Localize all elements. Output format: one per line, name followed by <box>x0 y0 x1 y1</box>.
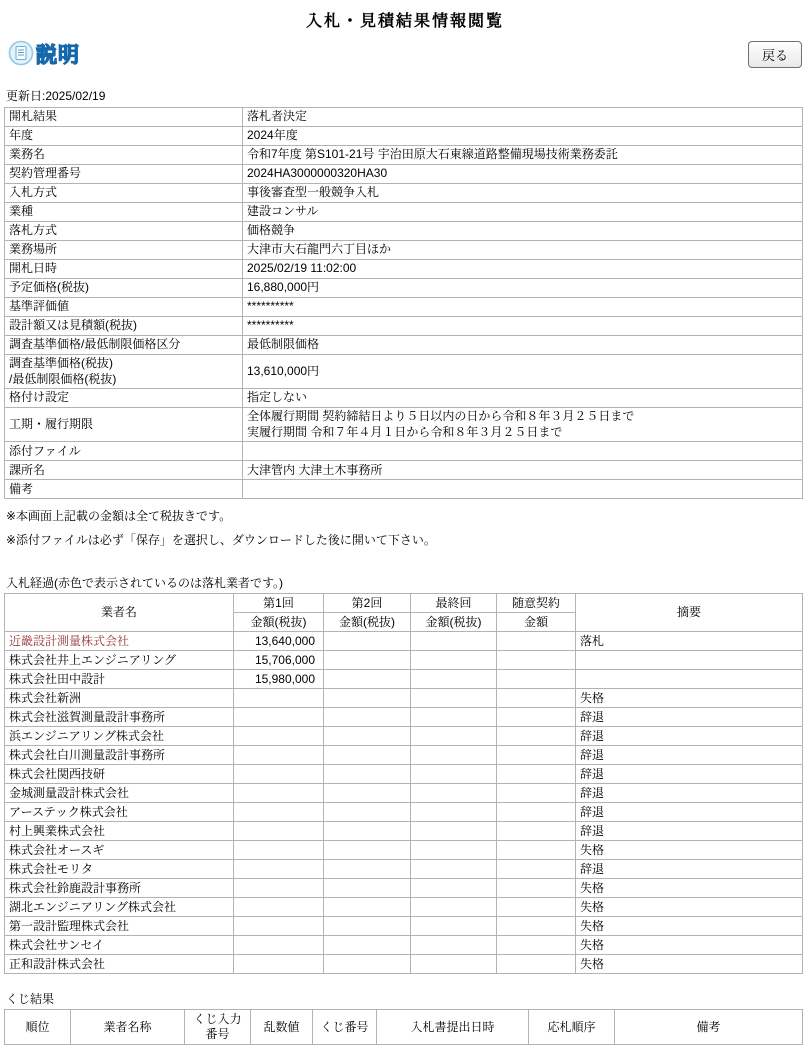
info-value: 13,610,000円 <box>243 355 803 389</box>
bid-row: 株式会社鈴鹿設計事務所失格 <box>5 879 803 898</box>
lottery-header: 業者名称 <box>71 1010 185 1045</box>
info-row: 調査基準価格/最低制限価格区分最低制限価格 <box>5 336 803 355</box>
remark: 失格 <box>576 841 803 860</box>
negotiated-amount <box>497 936 576 955</box>
round1-amount <box>234 917 324 936</box>
round1-amount-header: 金額(税抜) <box>234 613 324 632</box>
info-row: 予定価格(税抜)16,880,000円 <box>5 279 803 298</box>
round1-amount <box>234 879 324 898</box>
remark: 辞退 <box>576 803 803 822</box>
round2-amount <box>324 765 411 784</box>
final-amount <box>411 746 497 765</box>
document-icon <box>8 40 34 69</box>
info-label: 業務名 <box>5 146 243 165</box>
final-amount-header: 金額(税抜) <box>411 613 497 632</box>
info-value: 16,880,000円 <box>243 279 803 298</box>
bid-row: 村上興業株式会社辞退 <box>5 822 803 841</box>
round2-amount <box>324 879 411 898</box>
final-amount <box>411 860 497 879</box>
info-value: ********** <box>243 317 803 336</box>
negotiated-amount <box>497 632 576 651</box>
vendor-name: 株式会社新洲 <box>5 689 234 708</box>
round2-amount <box>324 955 411 974</box>
negotiated-amount <box>497 803 576 822</box>
remark: 失格 <box>576 917 803 936</box>
bid-row: 株式会社井上エンジニアリング15,706,000 <box>5 651 803 670</box>
negotiated-header: 随意契約 <box>497 594 576 613</box>
info-row: 基準評価値********** <box>5 298 803 317</box>
round1-amount <box>234 955 324 974</box>
info-value: 価格競争 <box>243 222 803 241</box>
vendor-name: 株式会社鈴鹿設計事務所 <box>5 879 234 898</box>
vendor-header: 業者名 <box>5 594 234 632</box>
info-row: 添付ファイル <box>5 442 803 461</box>
info-label: 調査基準価格/最低制限価格区分 <box>5 336 243 355</box>
bid-row: 株式会社関西技研辞退 <box>5 765 803 784</box>
remark: 失格 <box>576 955 803 974</box>
vendor-name: 村上興業株式会社 <box>5 822 234 841</box>
info-value: ********** <box>243 298 803 317</box>
bid-row: 金城測量設計株式会社辞退 <box>5 784 803 803</box>
round1-amount <box>234 765 324 784</box>
round2-amount <box>324 708 411 727</box>
lottery-header-row: 順位業者名称くじ入力番号乱数値くじ番号入札書提出日時応札順序備考 <box>5 1010 803 1045</box>
lottery-header: 順位 <box>5 1010 71 1045</box>
info-value <box>243 442 803 461</box>
lottery-header: 応札順序 <box>529 1010 615 1045</box>
remark: 辞退 <box>576 860 803 879</box>
lottery-header: 入札書提出日時 <box>377 1010 529 1045</box>
info-label: 工期・履行期限 <box>5 408 243 442</box>
bid-row: 株式会社モリタ辞退 <box>5 860 803 879</box>
bid-row: 近畿設計測量株式会社13,640,000落札 <box>5 632 803 651</box>
round1-header: 第1回 <box>234 594 324 613</box>
vendor-name: 株式会社滋賀測量設計事務所 <box>5 708 234 727</box>
remark: 辞退 <box>576 708 803 727</box>
lottery-header: くじ入力番号 <box>185 1010 251 1045</box>
info-label: 業務場所 <box>5 241 243 260</box>
info-value: 2024HA3000000320HA30 <box>243 165 803 184</box>
negotiated-amount <box>497 689 576 708</box>
info-value: 事後審査型一般競争入札 <box>243 184 803 203</box>
info-label: 業種 <box>5 203 243 222</box>
info-value: 2024年度 <box>243 127 803 146</box>
round2-amount <box>324 632 411 651</box>
info-row: 入札方式事後審査型一般競争入札 <box>5 184 803 203</box>
round1-amount: 15,706,000 <box>234 651 324 670</box>
info-row: 年度2024年度 <box>5 127 803 146</box>
round2-amount <box>324 803 411 822</box>
info-value: 大津管内 大津土木事務所 <box>243 461 803 480</box>
note-tax: ※本画面上記載の金額は全て税抜きです。 <box>6 507 810 524</box>
round1-amount <box>234 784 324 803</box>
negotiated-amount <box>497 822 576 841</box>
round1-amount <box>234 708 324 727</box>
info-label: 開札結果 <box>5 108 243 127</box>
round2-amount <box>324 917 411 936</box>
page-title: 入札・見積結果情報閲覧 <box>0 8 810 31</box>
info-label: 備考 <box>5 480 243 499</box>
negotiated-amount <box>497 765 576 784</box>
vendor-name: アーステック株式会社 <box>5 803 234 822</box>
remark: 落札 <box>576 632 803 651</box>
final-amount <box>411 822 497 841</box>
round1-amount: 15,980,000 <box>234 670 324 689</box>
final-amount <box>411 727 497 746</box>
vendor-name: 浜エンジニアリング株式会社 <box>5 727 234 746</box>
vendor-name: 株式会社白川測量設計事務所 <box>5 746 234 765</box>
vendor-name: 近畿設計測量株式会社 <box>5 632 234 651</box>
info-label: 予定価格(税抜) <box>5 279 243 298</box>
negotiated-amount <box>497 879 576 898</box>
bid-row: 株式会社サンセイ失格 <box>5 936 803 955</box>
bid-header-row-1: 業者名 第1回 第2回 最終回 随意契約 摘要 <box>5 594 803 613</box>
bid-row: 株式会社田中設計15,980,000 <box>5 670 803 689</box>
bid-row: 正和設計株式会社失格 <box>5 955 803 974</box>
info-row: 格付け設定指定しない <box>5 389 803 408</box>
round1-amount <box>234 803 324 822</box>
round1-amount <box>234 841 324 860</box>
negotiated-amount <box>497 708 576 727</box>
vendor-name: 正和設計株式会社 <box>5 955 234 974</box>
info-row: 備考 <box>5 480 803 499</box>
bid-row: 湖北エンジニアリング株式会社失格 <box>5 898 803 917</box>
round2-amount <box>324 841 411 860</box>
vendor-name: 株式会社田中設計 <box>5 670 234 689</box>
notes: ※本画面上記載の金額は全て税抜きです。 ※添付ファイルは必ず「保存」を選択し、ダ… <box>6 507 810 548</box>
round2-amount <box>324 727 411 746</box>
round1-amount <box>234 822 324 841</box>
bid-row: アーステック株式会社辞退 <box>5 803 803 822</box>
vendor-name: 金城測量設計株式会社 <box>5 784 234 803</box>
final-amount <box>411 765 497 784</box>
negotiated-amount <box>497 746 576 765</box>
info-label: 入札方式 <box>5 184 243 203</box>
bid-table-caption: 入札経過(赤色で表示されているのは落札業者です。) <box>6 574 810 591</box>
info-row: 課所名大津管内 大津土木事務所 <box>5 461 803 480</box>
vendor-name: 株式会社モリタ <box>5 860 234 879</box>
round2-amount <box>324 822 411 841</box>
bid-row: 株式会社新洲失格 <box>5 689 803 708</box>
final-amount <box>411 898 497 917</box>
info-label: 設計額又は見積額(税抜) <box>5 317 243 336</box>
negotiated-amount <box>497 784 576 803</box>
info-row: 業種建設コンサル <box>5 203 803 222</box>
lottery-caption: くじ結果 <box>6 990 810 1007</box>
vendor-name: 株式会社井上エンジニアリング <box>5 651 234 670</box>
final-amount <box>411 936 497 955</box>
round2-amount <box>324 670 411 689</box>
final-amount <box>411 955 497 974</box>
final-round-header: 最終回 <box>411 594 497 613</box>
info-label: 基準評価値 <box>5 298 243 317</box>
round2-amount <box>324 898 411 917</box>
final-amount <box>411 803 497 822</box>
toolbar: 説明 戻る <box>8 37 802 71</box>
round1-amount <box>234 898 324 917</box>
info-row: 設計額又は見積額(税抜)********** <box>5 317 803 336</box>
final-amount <box>411 632 497 651</box>
info-value: 落札者決定 <box>243 108 803 127</box>
remark: 失格 <box>576 689 803 708</box>
vendor-name: 株式会社関西技研 <box>5 765 234 784</box>
round1-amount <box>234 746 324 765</box>
remark-header: 摘要 <box>576 594 803 632</box>
remark: 辞退 <box>576 727 803 746</box>
final-amount <box>411 841 497 860</box>
negotiated-amount <box>497 727 576 746</box>
remark: 辞退 <box>576 746 803 765</box>
bid-row: 株式会社滋賀測量設計事務所辞退 <box>5 708 803 727</box>
vendor-name: 株式会社サンセイ <box>5 936 234 955</box>
info-label: 課所名 <box>5 461 243 480</box>
round2-amount <box>324 746 411 765</box>
negotiated-amount <box>497 651 576 670</box>
vendor-name: 第一設計監理株式会社 <box>5 917 234 936</box>
info-label: 年度 <box>5 127 243 146</box>
vendor-name: 株式会社オースギ <box>5 841 234 860</box>
info-label: 契約管理番号 <box>5 165 243 184</box>
info-value <box>243 480 803 499</box>
info-table: 開札結果落札者決定年度2024年度業務名令和7年度 第S101-21号 宇治田原… <box>4 107 803 499</box>
info-label: 格付け設定 <box>5 389 243 408</box>
vendor-name: 湖北エンジニアリング株式会社 <box>5 898 234 917</box>
remark: 失格 <box>576 879 803 898</box>
round2-amount <box>324 651 411 670</box>
remark: 辞退 <box>576 822 803 841</box>
info-value: 指定しない <box>243 389 803 408</box>
remark: 失格 <box>576 936 803 955</box>
bid-row: 第一設計監理株式会社失格 <box>5 917 803 936</box>
negotiated-amount <box>497 898 576 917</box>
remark: 辞退 <box>576 784 803 803</box>
remark <box>576 651 803 670</box>
final-amount <box>411 917 497 936</box>
bid-table-body: 近畿設計測量株式会社13,640,000落札株式会社井上エンジニアリング15,7… <box>5 632 803 974</box>
info-row: 調査基準価格(税抜) /最低制限価格(税抜)13,610,000円 <box>5 355 803 389</box>
info-row: 業務名令和7年度 第S101-21号 宇治田原大石東線道路整備現場技術業務委託 <box>5 146 803 165</box>
remark <box>576 670 803 689</box>
explain-label: 説明 <box>36 39 80 69</box>
info-label: 調査基準価格(税抜) /最低制限価格(税抜) <box>5 355 243 389</box>
explain-button[interactable]: 説明 <box>8 39 80 69</box>
negotiated-amount <box>497 955 576 974</box>
info-value: 建設コンサル <box>243 203 803 222</box>
final-amount <box>411 784 497 803</box>
bid-table: 業者名 第1回 第2回 最終回 随意契約 摘要 金額(税抜) 金額(税抜) 金額… <box>4 593 803 974</box>
info-value: 全体履行期間 契約締結日より５日以内の日から令和８年３月２５日まで 実履行期間 … <box>243 408 803 442</box>
round2-amount <box>324 784 411 803</box>
round1-amount <box>234 860 324 879</box>
info-value: 令和7年度 第S101-21号 宇治田原大石東線道路整備現場技術業務委託 <box>243 146 803 165</box>
info-value: 大津市大石龍門六丁目ほか <box>243 241 803 260</box>
info-row: 工期・履行期限全体履行期間 契約締結日より５日以内の日から令和８年３月２５日まで… <box>5 408 803 442</box>
round2-amount <box>324 936 411 955</box>
info-value: 2025/02/19 11:02:00 <box>243 260 803 279</box>
bid-row: 株式会社白川測量設計事務所辞退 <box>5 746 803 765</box>
info-value: 最低制限価格 <box>243 336 803 355</box>
remark: 失格 <box>576 898 803 917</box>
info-label: 落札方式 <box>5 222 243 241</box>
negotiated-amount-header: 金額 <box>497 613 576 632</box>
info-label: 添付ファイル <box>5 442 243 461</box>
negotiated-amount <box>497 670 576 689</box>
final-amount <box>411 670 497 689</box>
lottery-table: 順位業者名称くじ入力番号乱数値くじ番号入札書提出日時応札順序備考 <box>4 1009 803 1045</box>
round2-amount <box>324 860 411 879</box>
negotiated-amount <box>497 841 576 860</box>
round1-amount <box>234 936 324 955</box>
back-button[interactable]: 戻る <box>748 41 802 68</box>
lottery-header: 乱数値 <box>251 1010 313 1045</box>
info-table-body: 開札結果落札者決定年度2024年度業務名令和7年度 第S101-21号 宇治田原… <box>5 108 803 499</box>
bid-row: 株式会社オースギ失格 <box>5 841 803 860</box>
info-row: 開札結果落札者決定 <box>5 108 803 127</box>
info-row: 開札日時2025/02/19 11:02:00 <box>5 260 803 279</box>
final-amount <box>411 689 497 708</box>
lottery-header: 備考 <box>615 1010 803 1045</box>
updated-date: 更新日:2025/02/19 <box>6 87 810 104</box>
negotiated-amount <box>497 917 576 936</box>
bid-row: 浜エンジニアリング株式会社辞退 <box>5 727 803 746</box>
lottery-header: くじ番号 <box>313 1010 377 1045</box>
negotiated-amount <box>497 860 576 879</box>
remark: 辞退 <box>576 765 803 784</box>
info-row: 落札方式価格競争 <box>5 222 803 241</box>
round1-amount: 13,640,000 <box>234 632 324 651</box>
round2-amount-header: 金額(税抜) <box>324 613 411 632</box>
note-attachment: ※添付ファイルは必ず「保存」を選択し、ダウンロードした後に開いて下さい。 <box>6 531 810 548</box>
final-amount <box>411 879 497 898</box>
info-row: 契約管理番号2024HA3000000320HA30 <box>5 165 803 184</box>
final-amount <box>411 708 497 727</box>
round2-header: 第2回 <box>324 594 411 613</box>
round2-amount <box>324 689 411 708</box>
final-amount <box>411 651 497 670</box>
round1-amount <box>234 689 324 708</box>
info-label: 開札日時 <box>5 260 243 279</box>
info-row: 業務場所大津市大石龍門六丁目ほか <box>5 241 803 260</box>
round1-amount <box>234 727 324 746</box>
